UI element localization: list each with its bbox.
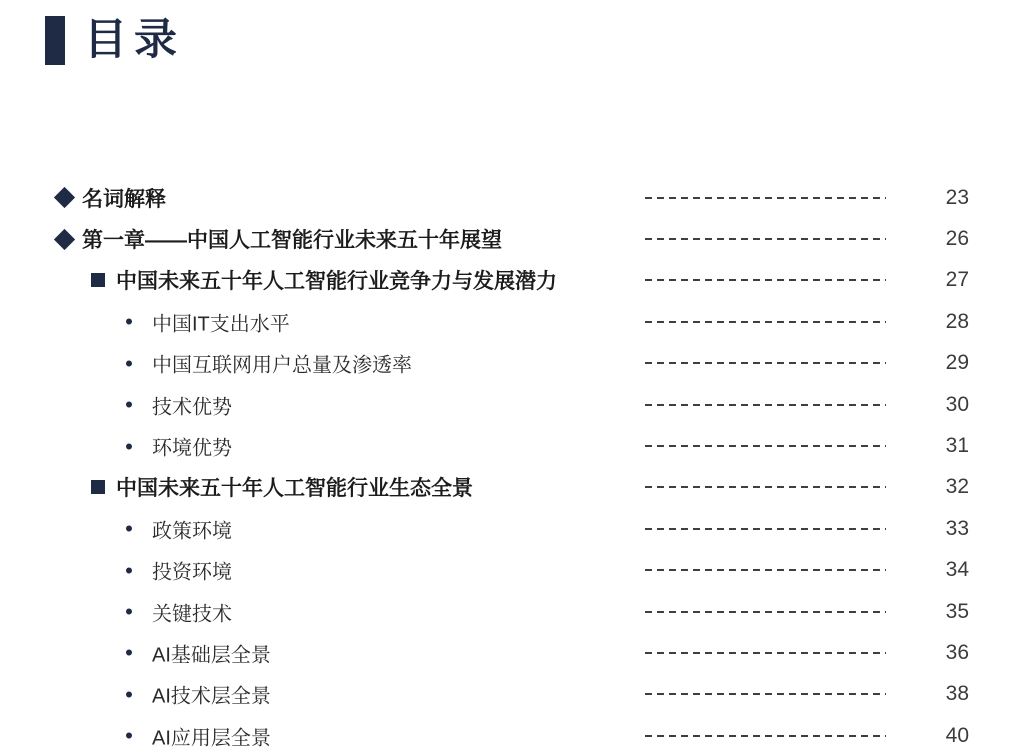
toc-entry-text: AI应用层全景 (126, 721, 271, 750)
toc-entry-text: 中国未来五十年人工智能行业生态全景 (91, 472, 473, 502)
toc-page-number: 35 (921, 600, 969, 624)
toc-page-number: 28 (921, 310, 969, 334)
toc-page-number: 33 (921, 517, 969, 541)
toc-entry: 第一章——中国人工智能行业未来五十年展望 26 (0, 218, 1024, 259)
toc-entry: AI基础层全景 36 (0, 632, 1024, 673)
toc-entry-label: 政策环境 (152, 514, 232, 543)
square-bullet-icon (91, 273, 105, 287)
dot-bullet-icon (126, 733, 132, 739)
dot-bullet-icon (126, 443, 132, 449)
toc-page-number: 23 (921, 186, 969, 210)
toc-entry: 投资环境 34 (0, 550, 1024, 591)
toc-entry-text: 环境优势 (126, 432, 232, 461)
toc-entry-text: 中国IT支出水平 (126, 307, 290, 336)
toc-entry-label: 投资环境 (152, 556, 232, 585)
toc-page-number: 36 (921, 641, 969, 665)
toc-entry-label: 中国未来五十年人工智能行业生态全景 (116, 472, 473, 502)
dot-bullet-icon (126, 360, 132, 366)
toc-page-number: 30 (921, 393, 969, 417)
toc-entry-text: AI基础层全景 (126, 638, 271, 667)
dot-bullet-icon (126, 609, 132, 615)
dot-bullet-icon (126, 526, 132, 532)
toc-entry-label: 第一章——中国人工智能行业未来五十年展望 (82, 224, 502, 254)
toc-entry-text: 关键技术 (126, 597, 232, 626)
dot-bullet-icon (126, 319, 132, 325)
dash-leader (645, 486, 886, 488)
toc-entry: 关键技术 35 (0, 591, 1024, 632)
toc-entry-label: 中国IT支出水平 (152, 307, 290, 336)
toc-entry-label: 环境优势 (152, 432, 232, 461)
toc-entry: 名词解释 23 (0, 177, 1024, 218)
toc-page-number: 26 (921, 227, 969, 251)
toc-page-number: 31 (921, 434, 969, 458)
toc-page-number: 40 (921, 724, 969, 748)
toc-entry-text: 中国未来五十年人工智能行业竞争力与发展潜力 (91, 265, 557, 295)
toc-entry: 中国未来五十年人工智能行业生态全景 32 (0, 467, 1024, 508)
toc-entry-label: AI应用层全景 (152, 721, 271, 750)
dash-leader (645, 238, 886, 240)
dash-leader (645, 611, 886, 613)
toc-entry: 中国IT支出水平 28 (0, 301, 1024, 342)
toc-page-number: 34 (921, 558, 969, 582)
toc-entry-label: 关键技术 (152, 597, 232, 626)
toc-page-number: 27 (921, 268, 969, 292)
dash-leader (645, 445, 886, 447)
square-bullet-icon (91, 480, 105, 494)
diamond-bullet-icon (54, 187, 75, 208)
toc-entry-label: AI技术层全景 (152, 680, 271, 709)
toc-entry-text: AI技术层全景 (126, 680, 271, 709)
toc-header: 目录 (45, 16, 184, 65)
toc-entry-label: 名词解释 (82, 183, 166, 213)
title-accent-bar-icon (45, 16, 65, 65)
toc-entry: 中国互联网用户总量及渗透率 29 (0, 343, 1024, 384)
dash-leader (645, 279, 886, 281)
toc-page-number: 29 (921, 351, 969, 375)
dash-leader (645, 404, 886, 406)
dot-bullet-icon (126, 402, 132, 408)
dot-bullet-icon (126, 691, 132, 697)
toc-entry-label: 中国互联网用户总量及渗透率 (152, 349, 412, 378)
toc-entry-text: 技术优势 (126, 390, 232, 419)
dash-leader (645, 735, 886, 737)
dash-leader (645, 528, 886, 530)
toc-entry: 环境优势 31 (0, 425, 1024, 466)
toc-entry-text: 政策环境 (126, 514, 232, 543)
toc-page-number: 32 (921, 475, 969, 499)
toc-entry-text: 投资环境 (126, 556, 232, 585)
toc-entry-label: AI基础层全景 (152, 638, 271, 667)
dash-leader (645, 321, 886, 323)
toc-entry-label: 中国未来五十年人工智能行业竞争力与发展潜力 (116, 265, 557, 295)
dash-leader (645, 693, 886, 695)
toc-entry-text: 名词解释 (57, 183, 166, 213)
dash-leader (645, 652, 886, 654)
toc-entry: AI应用层全景 40 (0, 715, 1024, 756)
dash-leader (645, 569, 886, 571)
toc-entry: 技术优势 30 (0, 384, 1024, 425)
toc-entry-text: 第一章——中国人工智能行业未来五十年展望 (57, 224, 502, 254)
page-title: 目录 (84, 19, 184, 62)
dot-bullet-icon (126, 650, 132, 656)
dash-leader (645, 197, 886, 199)
toc-entry-label: 技术优势 (152, 390, 232, 419)
toc-entry: 中国未来五十年人工智能行业竞争力与发展潜力 27 (0, 260, 1024, 301)
toc-page-number: 38 (921, 682, 969, 706)
dot-bullet-icon (126, 567, 132, 573)
toc-entry: AI技术层全景 38 (0, 674, 1024, 715)
toc-entry: 政策环境 33 (0, 508, 1024, 549)
dash-leader (645, 362, 886, 364)
diamond-bullet-icon (54, 228, 75, 249)
toc-list: 名词解释 23 第一章——中国人工智能行业未来五十年展望 26 中国未来五十年人… (0, 177, 1024, 756)
toc-entry-text: 中国互联网用户总量及渗透率 (126, 349, 412, 378)
